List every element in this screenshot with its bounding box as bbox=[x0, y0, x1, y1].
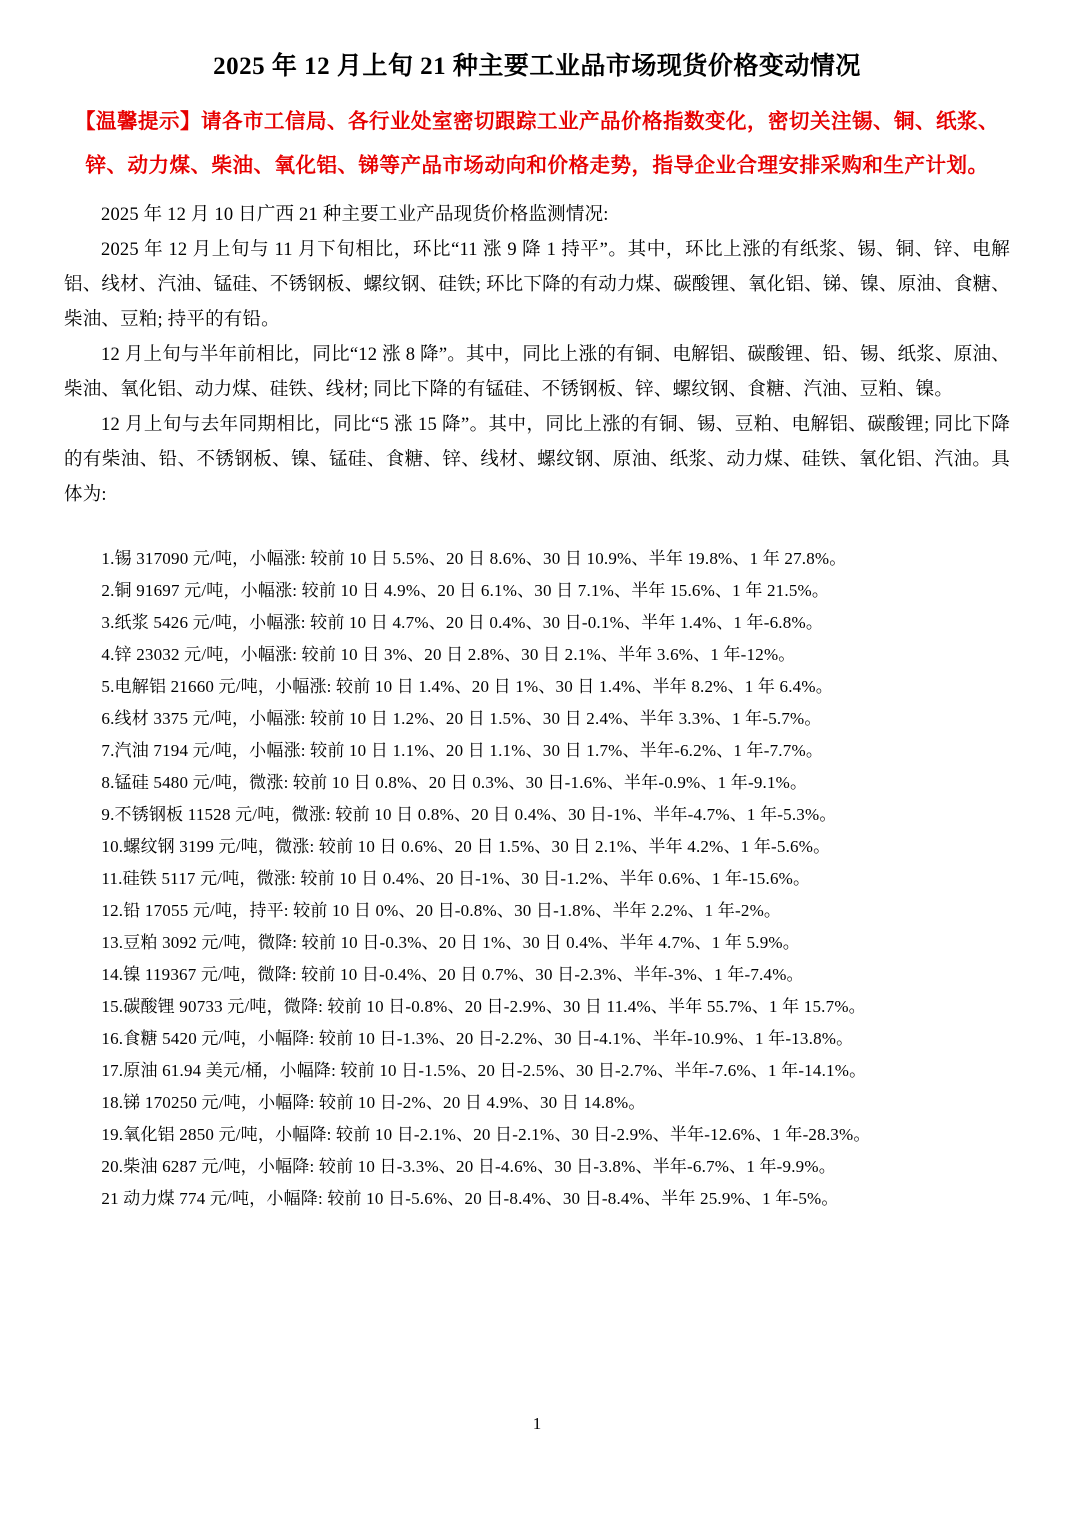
list-item: 18.锑 170250 元/吨，小幅降: 较前 10 日-2%、20 日 4.9… bbox=[101, 1087, 1010, 1119]
paragraph-half-year-comparison: 12 月上旬与半年前相比，同比“12 涨 8 降”。其中，同比上涨的有铜、电解铝… bbox=[64, 338, 1010, 408]
list-item: 12.铅 17055 元/吨，持平: 较前 10 日 0%、20 日-0.8%、… bbox=[101, 895, 1010, 927]
body-text: 2025 年 12 月 10 日广西 21 种主要工业产品现货价格监测情况: 2… bbox=[64, 198, 1010, 513]
list-item: 14.镍 119367 元/吨，微降: 较前 10 日-0.4%、20 日 0.… bbox=[101, 959, 1010, 991]
list-item: 7.汽油 7194 元/吨，小幅涨: 较前 10 日 1.1%、20 日 1.1… bbox=[101, 735, 1010, 767]
list-item: 10.螺纹钢 3199 元/吨，微涨: 较前 10 日 0.6%、20 日 1.… bbox=[101, 831, 1010, 863]
paragraph-mom-comparison: 2025 年 12 月上旬与 11 月下旬相比，环比“11 涨 9 降 1 持平… bbox=[64, 233, 1010, 338]
list-item: 1.锡 317090 元/吨，小幅涨: 较前 10 日 5.5%、20 日 8.… bbox=[101, 543, 1010, 575]
list-item: 16.食糖 5420 元/吨，小幅降: 较前 10 日-1.3%、20 日-2.… bbox=[101, 1023, 1010, 1055]
paragraph-monitoring-intro: 2025 年 12 月 10 日广西 21 种主要工业产品现货价格监测情况: bbox=[64, 198, 1010, 233]
list-item: 20.柴油 6287 元/吨，小幅降: 较前 10 日-3.3%、20 日-4.… bbox=[101, 1151, 1010, 1183]
list-item: 6.线材 3375 元/吨，小幅涨: 较前 10 日 1.2%、20 日 1.5… bbox=[101, 703, 1010, 735]
list-item: 19.氧化铝 2850 元/吨，小幅降: 较前 10 日-2.1%、20 日-2… bbox=[101, 1119, 1010, 1151]
commodity-price-list: 1.锡 317090 元/吨，小幅涨: 较前 10 日 5.5%、20 日 8.… bbox=[64, 543, 1010, 1215]
document-page: 2025 年 12 月上旬 21 种主要工业品市场现货价格变动情况 【温馨提示】… bbox=[0, 0, 1074, 1520]
list-item: 13.豆粕 3092 元/吨，微降: 较前 10 日-0.3%、20 日 1%、… bbox=[101, 927, 1010, 959]
list-item: 9.不锈钢板 11528 元/吨，微涨: 较前 10 日 0.8%、20 日 0… bbox=[101, 799, 1010, 831]
page-title: 2025 年 12 月上旬 21 种主要工业品市场现货价格变动情况 bbox=[64, 50, 1010, 84]
page-number: 1 bbox=[0, 1414, 1074, 1434]
list-item: 2.铜 91697 元/吨，小幅涨: 较前 10 日 4.9%、20 日 6.1… bbox=[101, 575, 1010, 607]
list-item: 15.碳酸锂 90733 元/吨，微降: 较前 10 日-0.8%、20 日-2… bbox=[101, 991, 1010, 1023]
list-item: 11.硅铁 5117 元/吨，微涨: 较前 10 日 0.4%、20 日-1%、… bbox=[101, 863, 1010, 895]
paragraph-yoy-comparison: 12 月上旬与去年同期相比，同比“5 涨 15 降”。其中，同比上涨的有铜、锡、… bbox=[64, 408, 1010, 513]
list-item: 3.纸浆 5426 元/吨，小幅涨: 较前 10 日 4.7%、20 日 0.4… bbox=[101, 607, 1010, 639]
list-item: 4.锌 23032 元/吨，小幅涨: 较前 10 日 3%、20 日 2.8%、… bbox=[101, 639, 1010, 671]
notice-banner: 【温馨提示】请各市工信局、各行业处室密切跟踪工业产品价格指数变化，密切关注锡、铜… bbox=[64, 100, 1010, 188]
list-item: 21 动力煤 774 元/吨，小幅降: 较前 10 日-5.6%、20 日-8.… bbox=[101, 1183, 1010, 1215]
list-item: 5.电解铝 21660 元/吨，小幅涨: 较前 10 日 1.4%、20 日 1… bbox=[101, 671, 1010, 703]
list-item: 17.原油 61.94 美元/桶，小幅降: 较前 10 日-1.5%、20 日-… bbox=[101, 1055, 1010, 1087]
list-item: 8.锰硅 5480 元/吨，微涨: 较前 10 日 0.8%、20 日 0.3%… bbox=[101, 767, 1010, 799]
